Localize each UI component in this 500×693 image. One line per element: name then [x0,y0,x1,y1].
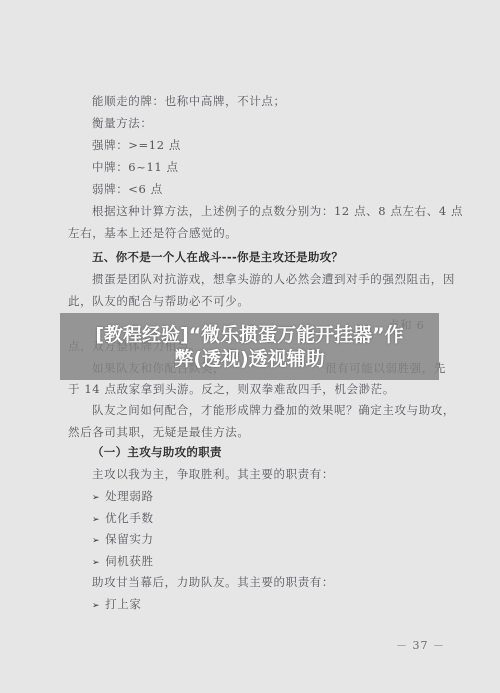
text-line: 左右，基本上还是符合感觉的。 [68,226,237,240]
list-item: ➢优化手数 [92,511,154,527]
title-overlay: [教程经验]“微乐掼蛋万能开挂器”作 弊(透视)透视辅助 [60,313,439,380]
page-number: － 37 － [396,637,445,653]
section-heading: 五、你不是一个人在战斗---你是主攻还是助攻？ [92,250,343,264]
list-item: ➢保留实力 [92,532,154,548]
list-item: ➢处理弱路 [92,489,154,505]
arrow-bullet-icon: ➢ [92,513,100,527]
text-line: 主攻以我为主，争取胜利。其主要的职责有： [92,467,334,481]
overlay-title-line: [教程经验]“微乐掼蛋万能开挂器”作 [95,323,403,347]
overlay-title-line: 弊(透视)透视辅助 [174,347,324,371]
text-line: 能顺走的牌：也称中高牌，不计点； [92,94,286,108]
list-item: ➢伺机获胜 [92,554,154,570]
text-line: 掼蛋是团队对抗游戏，想拿头游的人必然会遭到对手的强烈阻击，因 [92,272,455,286]
arrow-bullet-icon: ➢ [92,599,100,613]
arrow-bullet-icon: ➢ [92,491,100,505]
arrow-bullet-icon: ➢ [92,556,100,570]
text-line: 于 14 点敌家拿到头游。反之，则双拳难敌四手，机会渺茫。 [68,382,395,396]
arrow-bullet-icon: ➢ [92,534,100,548]
list-item: ➢打上家 [92,597,141,613]
text-line: 根据这种计算方法，上述例子的点数分别为：12 点、8 点左右、4 点 [92,204,463,218]
text-line: 然后各司其职，无疑是最佳方法。 [68,425,250,439]
text-line: 中牌：6~11 点 [92,160,179,174]
text-line: 助攻甘当幕后，力助队友。其主要的职责有： [92,575,334,589]
text-line: 弱牌：<6 点 [92,182,163,196]
subheading: （一）主攻与助攻的职责 [92,445,222,459]
text-line: 强牌：>=12 点 [92,138,181,152]
text-line: 队友之间如何配合，才能形成牌力叠加的效果呢？确定主攻与助攻， [92,403,455,417]
text-line: 衡量方法： [92,116,153,130]
text-line: 此，队友的配合与帮助必不可少。 [68,294,250,308]
